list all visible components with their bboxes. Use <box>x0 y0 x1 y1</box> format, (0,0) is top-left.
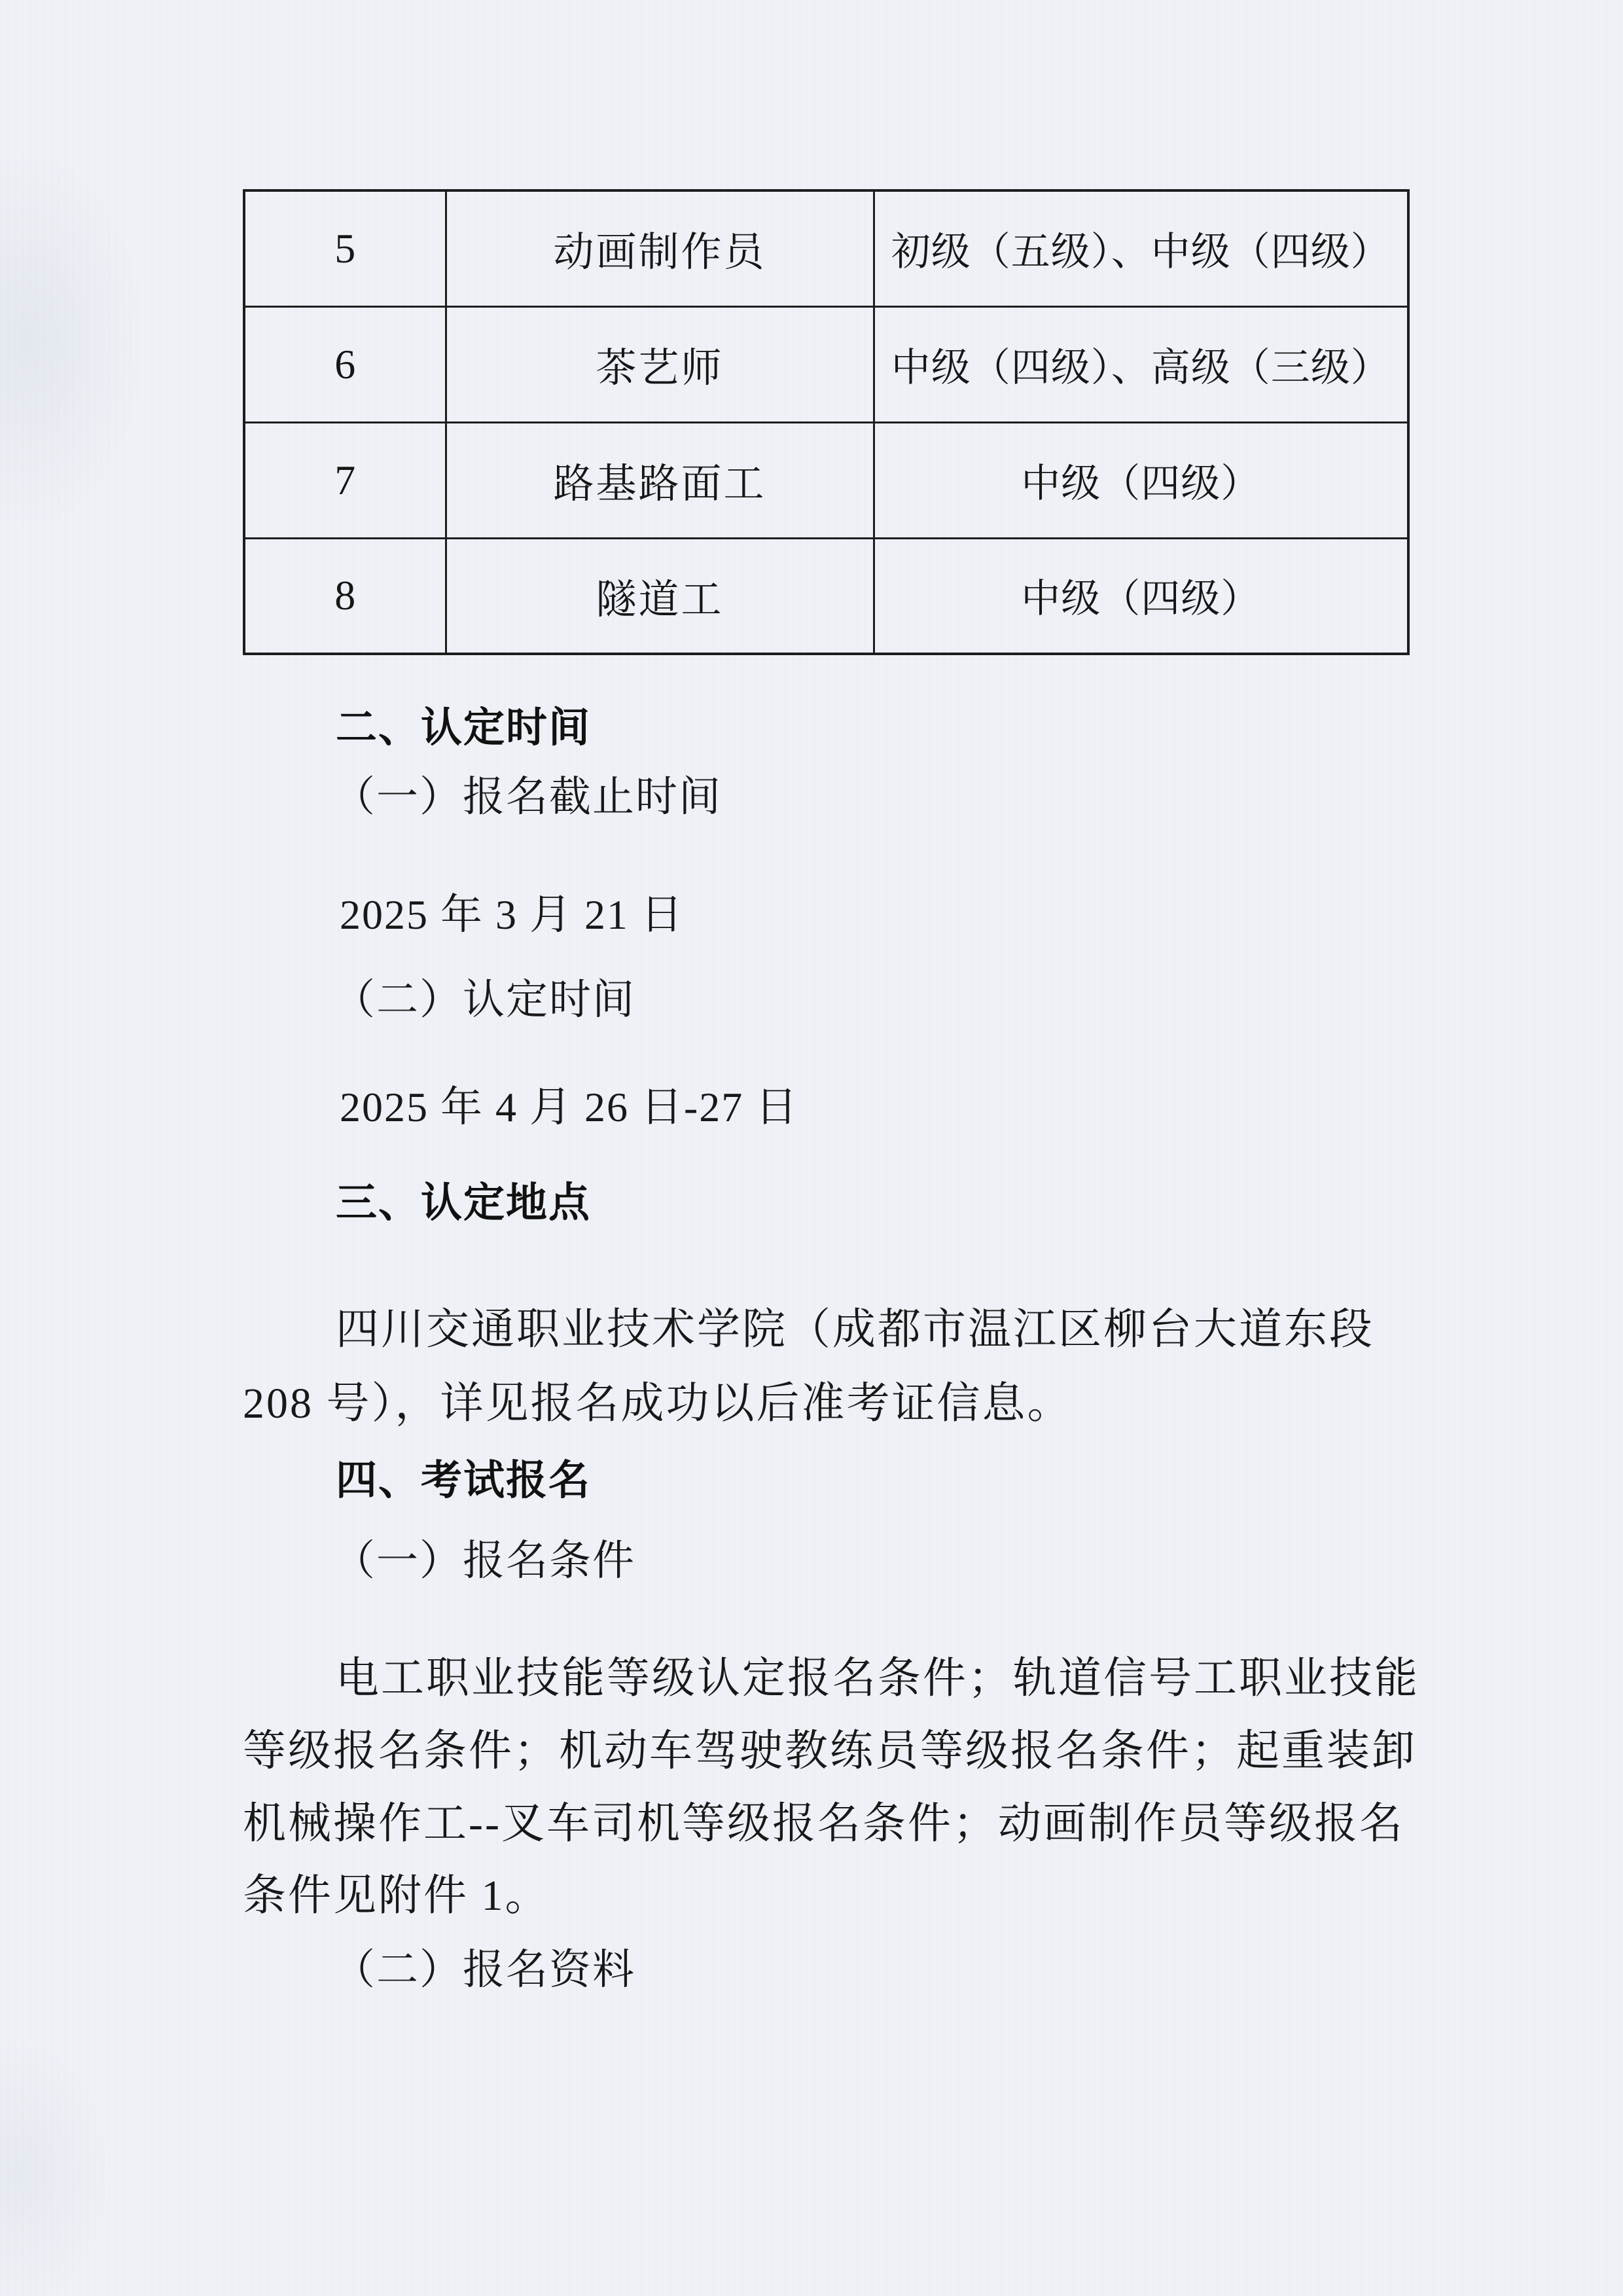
occupation-levels: 中级（四级）、高级（三级） <box>874 306 1408 422</box>
section-2-subheading-1: （一）报名截止时间 <box>333 768 722 827</box>
conditions-paragraph-line-2: 等级报名条件；机动车驾驶教练员等级报名条件；起重装卸 <box>243 1722 1417 1781</box>
row-number: 8 <box>244 538 446 654</box>
section-4-heading: 四、考试报名 <box>336 1451 591 1510</box>
row-number: 5 <box>244 190 446 306</box>
occupation-name: 动画制作员 <box>446 190 874 306</box>
row-number: 6 <box>244 306 446 422</box>
conditions-paragraph-line-4: 条件见附件 1。 <box>243 1867 550 1926</box>
table-row: 5 动画制作员 初级（五级）、中级（四级） <box>244 190 1408 306</box>
section-2-heading: 二、认定时间 <box>336 698 591 757</box>
section-4-subheading-1: （一）报名条件 <box>333 1532 635 1590</box>
certification-occupations-table: 5 动画制作员 初级（五级）、中级（四级） 6 茶艺师 中级（四级）、高级（三级… <box>243 189 1410 655</box>
occupation-name: 路基路面工 <box>446 422 874 538</box>
table-row: 8 隧道工 中级（四级） <box>244 538 1408 654</box>
occupation-name: 茶艺师 <box>446 306 874 422</box>
section-4-subheading-2: （二）报名资料 <box>333 1941 635 2000</box>
table-row: 6 茶艺师 中级（四级）、高级（三级） <box>244 306 1408 422</box>
section-2-subheading-2: （二）认定时间 <box>333 971 635 1030</box>
registration-deadline-date: 2025 年 3 月 21 日 <box>340 886 684 944</box>
occupation-levels: 中级（四级） <box>874 422 1408 538</box>
conditions-paragraph-line-3: 机械操作工--叉车司机等级报名条件；动画制作员等级报名 <box>243 1795 1404 1854</box>
document-page: 5 动画制作员 初级（五级）、中级（四级） 6 茶艺师 中级（四级）、高级（三级… <box>0 0 1623 2296</box>
occupation-name: 隧道工 <box>446 538 874 654</box>
table-row: 7 路基路面工 中级（四级） <box>244 422 1408 538</box>
occupation-levels: 中级（四级） <box>874 538 1408 654</box>
section-3-heading: 三、认定地点 <box>336 1174 591 1232</box>
row-number: 7 <box>244 422 446 538</box>
certification-date: 2025 年 4 月 26 日-27 日 <box>340 1078 798 1137</box>
location-paragraph-line-2: 208 号），详见报名成功以后准考证信息。 <box>243 1374 1073 1433</box>
location-paragraph-line-1: 四川交通职业技术学院（成都市温江区柳台大道东段 <box>336 1300 1374 1359</box>
occupation-levels: 初级（五级）、中级（四级） <box>874 190 1408 306</box>
conditions-paragraph-line-1: 电工职业技能等级认定报名条件；轨道信号工职业技能 <box>336 1649 1419 1708</box>
